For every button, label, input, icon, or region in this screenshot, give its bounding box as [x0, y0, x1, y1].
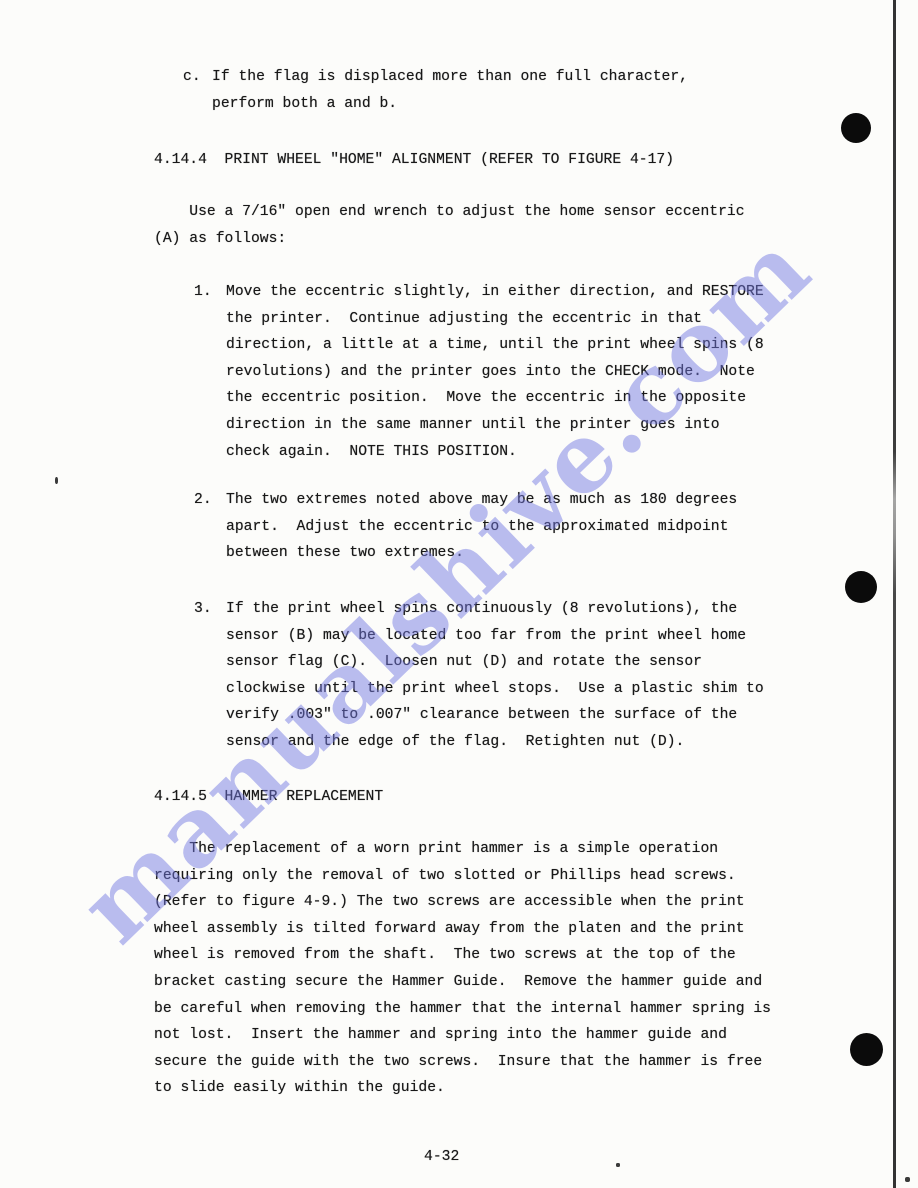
text-line: bracket casting secure the Hammer Guide.… — [154, 969, 771, 996]
item-text: If the flag is displaced more than one f… — [212, 64, 688, 117]
scanned-page: c. If the flag is displaced more than on… — [0, 0, 918, 1188]
procedure-step-1: 1. Move the eccentric slightly, in eithe… — [194, 279, 764, 465]
intro-paragraph: Use a 7/16" open end wrench to adjust th… — [154, 199, 745, 252]
text-line: sensor and the edge of the flag. Retight… — [226, 729, 764, 756]
text-line: direction in the same manner until the p… — [226, 412, 764, 439]
text-line: check again. NOTE THIS POSITION. — [226, 439, 764, 466]
punch-hole-dot-middle — [845, 571, 877, 603]
list-item-c: c. If the flag is displaced more than on… — [183, 64, 688, 117]
section-number: 4.14.4 — [154, 152, 207, 168]
section-title: HAMMER REPLACEMENT — [225, 789, 384, 805]
text-line: the printer. Continue adjusting the ecce… — [226, 306, 764, 333]
text-line: perform both a and b. — [212, 91, 688, 118]
text-line: (Refer to figure 4-9.) The two screws ar… — [154, 889, 771, 916]
section-heading-4-14-5: 4.14.5 HAMMER REPLACEMENT — [154, 784, 383, 811]
text-line: between these two extremes. — [226, 540, 737, 567]
spacer — [207, 789, 225, 805]
text-line: Use a 7/16" open end wrench to adjust th… — [154, 199, 745, 226]
text-line: sensor flag (C). Loosen nut (D) and rota… — [226, 649, 764, 676]
scan-speck — [616, 1163, 620, 1167]
step-number: 1. — [194, 279, 226, 306]
text-line: clockwise until the print wheel stops. U… — [226, 676, 764, 703]
text-line: If the flag is displaced more than one f… — [212, 64, 688, 91]
text-line: revolutions) and the printer goes into t… — [226, 359, 764, 386]
text-line: secure the guide with the two screws. In… — [154, 1049, 771, 1076]
text-line: Move the eccentric slightly, in either d… — [226, 279, 764, 306]
text-line: sensor (B) may be located too far from t… — [226, 623, 764, 650]
procedure-step-2: 2. The two extremes noted above may be a… — [194, 487, 737, 567]
step-number: 2. — [194, 487, 226, 514]
item-label: c. — [183, 64, 212, 91]
text-line: wheel is removed from the shaft. The two… — [154, 942, 771, 969]
text-line: not lost. Insert the hammer and spring i… — [154, 1022, 771, 1049]
text-line: (A) as follows: — [154, 226, 745, 253]
text-line: If the print wheel spins continuously (8… — [226, 596, 764, 623]
text-line: The replacement of a worn print hammer i… — [154, 836, 771, 863]
text-line: direction, a little at a time, until the… — [226, 332, 764, 359]
hammer-paragraph: The replacement of a worn print hammer i… — [154, 836, 771, 1102]
step-text: Move the eccentric slightly, in either d… — [226, 279, 764, 465]
scan-speck — [905, 1177, 910, 1182]
punch-hole-dot-bottom — [850, 1033, 883, 1066]
section-heading-4-14-4: 4.14.4 PRINT WHEEL "HOME" ALIGNMENT (REF… — [154, 147, 674, 174]
text-line: requiring only the removal of two slotte… — [154, 863, 771, 890]
scan-speck — [55, 477, 58, 484]
spacer — [207, 152, 225, 168]
page-number: 4-32 — [424, 1144, 459, 1171]
section-number: 4.14.5 — [154, 789, 207, 805]
step-text: The two extremes noted above may be as m… — [226, 487, 737, 567]
text-line: verify .003" to .007" clearance between … — [226, 702, 764, 729]
procedure-step-3: 3. If the print wheel spins continuously… — [194, 596, 764, 756]
step-number: 3. — [194, 596, 226, 623]
punch-hole-dot-top — [841, 113, 871, 143]
scan-edge-line — [893, 0, 896, 1188]
text-line: apart. Adjust the eccentric to the appro… — [226, 514, 737, 541]
text-line: to slide easily within the guide. — [154, 1075, 771, 1102]
section-title: PRINT WHEEL "HOME" ALIGNMENT (REFER TO F… — [225, 152, 675, 168]
step-text: If the print wheel spins continuously (8… — [226, 596, 764, 756]
text-line: be careful when removing the hammer that… — [154, 996, 771, 1023]
text-line: wheel assembly is tilted forward away fr… — [154, 916, 771, 943]
text-line: The two extremes noted above may be as m… — [226, 487, 737, 514]
text-line: the eccentric position. Move the eccentr… — [226, 385, 764, 412]
